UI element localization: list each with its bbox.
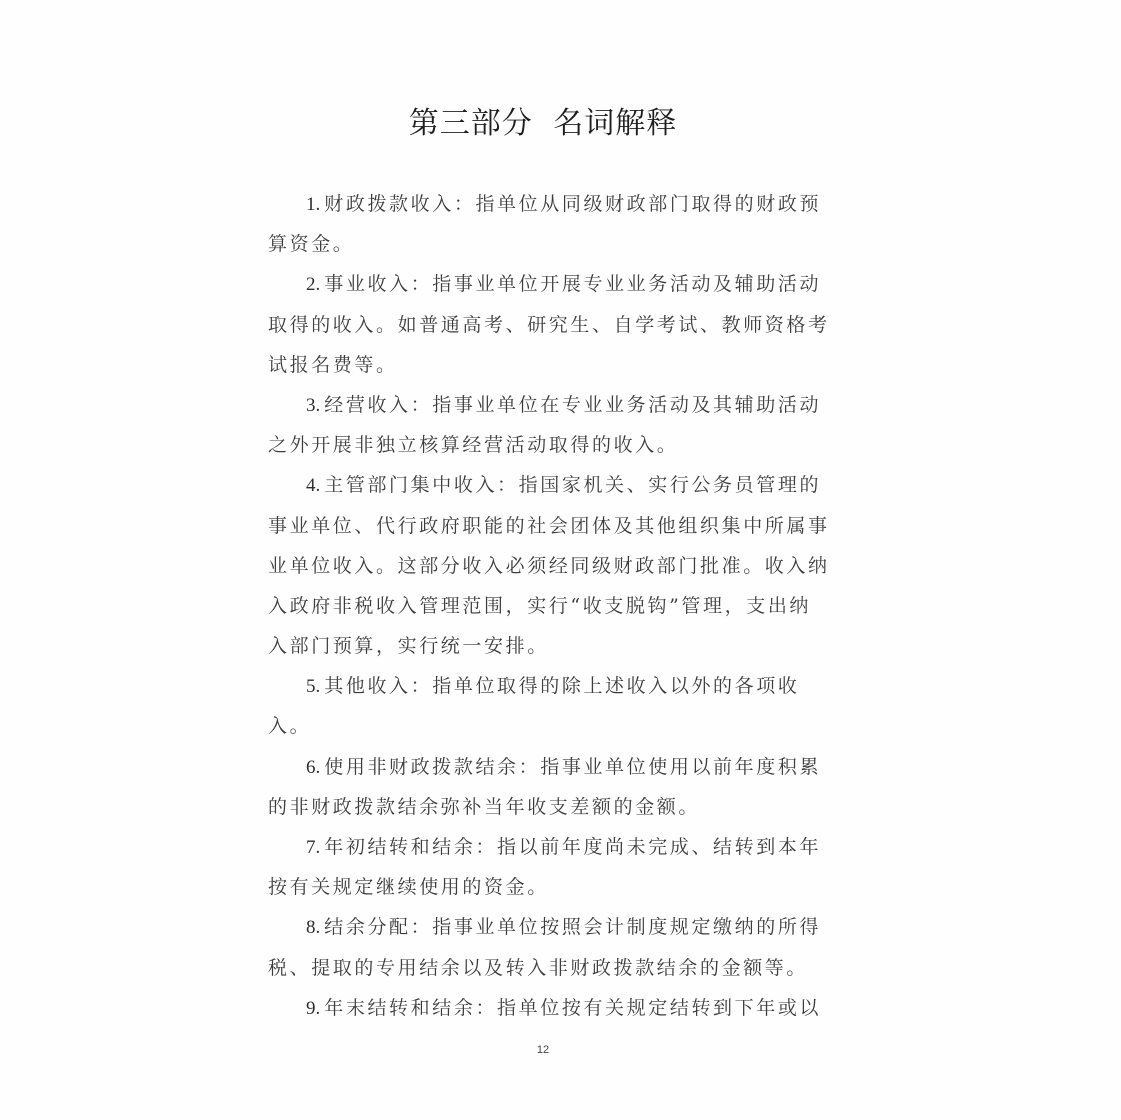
section-title: 第三部分 名词解释 (0, 98, 1086, 142)
text-line: 按有关规定继续使用的资金。 (268, 867, 820, 907)
text-line: 入政府非税收入管理范围，实行“收支脱钩”管理，支出纳 (268, 586, 820, 626)
line-text: 年末结转和结余：指单位按有关规定结转到下年或以 (324, 997, 821, 1019)
item-number: 2. (306, 274, 320, 295)
document-page: 第三部分 名词解释 1.财政拨款收入：指单位从同级财政部门取得的财政预 算资金。… (0, 0, 1121, 1120)
line-text: 按有关规定继续使用的资金。 (268, 876, 549, 898)
text-line: 的非财政拨款结余弥补当年收支差额的金额。 (268, 787, 820, 827)
item-number: 8. (306, 917, 320, 938)
line-text: 其他收入：指单位取得的除上述收入以外的各项收 (324, 675, 799, 697)
item-number: 3. (306, 395, 320, 416)
text-line: 6.使用非财政拨款结余：指事业单位使用以前年度积累 (268, 747, 820, 787)
text-line: 1.财政拨款收入：指单位从同级财政部门取得的财政预 (268, 184, 820, 224)
definitions-body: 1.财政拨款收入：指单位从同级财政部门取得的财政预 算资金。 2.事业收入：指事… (268, 184, 820, 1028)
text-line: 3.经营收入：指事业单位在专业业务活动及其辅助活动 (268, 385, 820, 425)
item-number: 4. (306, 475, 320, 496)
line-text: 事业收入：指事业单位开展专业业务活动及辅助活动 (324, 273, 821, 295)
line-text: 之外开展非独立核算经营活动取得的收入。 (268, 434, 678, 456)
line-text: 入政府非税收入管理范围，实行“收支脱钩”管理，支出纳 (268, 595, 811, 617)
text-line: 取得的收入。如普通高考、研究生、自学考试、教师资格考 (268, 305, 820, 345)
line-text: 的非财政拨款结余弥补当年收支差额的金额。 (268, 796, 700, 818)
line-text: 税、提取的专用结余以及转入非财政拨款结余的金额等。 (268, 957, 808, 979)
text-line: 4.主管部门集中收入：指国家机关、实行公务员管理的 (268, 465, 820, 505)
line-text: 经营收入：指事业单位在专业业务活动及其辅助活动 (324, 394, 821, 416)
item-number: 6. (306, 757, 320, 778)
line-text: 业单位收入。这部分收入必须经同级财政部门批准。收入纳 (268, 555, 830, 577)
text-line: 7.年初结转和结余：指以前年度尚未完成、结转到本年 (268, 827, 820, 867)
line-text: 入。 (268, 715, 311, 737)
line-text: 年初结转和结余：指以前年度尚未完成、结转到本年 (324, 836, 821, 858)
text-line: 算资金。 (268, 224, 820, 264)
line-text: 入部门预算，实行统一安排。 (268, 635, 549, 657)
line-text: 主管部门集中收入：指国家机关、实行公务员管理的 (324, 474, 821, 496)
text-line: 9.年末结转和结余：指单位按有关规定结转到下年或以 (268, 988, 820, 1028)
text-line: 5.其他收入：指单位取得的除上述收入以外的各项收 (268, 666, 820, 706)
item-number: 5. (306, 676, 320, 697)
text-line: 事业单位、代行政府职能的社会团体及其他组织集中所属事 (268, 506, 820, 546)
text-line: 8.结余分配：指事业单位按照会计制度规定缴纳的所得 (268, 907, 820, 947)
line-text: 财政拨款收入：指单位从同级财政部门取得的财政预 (324, 193, 821, 215)
text-line: 业单位收入。这部分收入必须经同级财政部门批准。收入纳 (268, 546, 820, 586)
line-text: 使用非财政拨款结余：指事业单位使用以前年度积累 (324, 756, 821, 778)
text-line: 2.事业收入：指事业单位开展专业业务活动及辅助活动 (268, 264, 820, 304)
line-text: 试报名费等。 (268, 354, 398, 376)
item-number: 7. (306, 837, 320, 858)
line-text: 取得的收入。如普通高考、研究生、自学考试、教师资格考 (268, 314, 830, 336)
text-line: 试报名费等。 (268, 345, 820, 385)
text-line: 入部门预算，实行统一安排。 (268, 626, 820, 666)
text-line: 入。 (268, 706, 820, 746)
page-number: 12 (0, 1044, 1086, 1056)
line-text: 事业单位、代行政府职能的社会团体及其他组织集中所属事 (268, 515, 830, 537)
item-number: 9. (306, 998, 320, 1019)
text-line: 税、提取的专用结余以及转入非财政拨款结余的金额等。 (268, 948, 820, 988)
line-text: 算资金。 (268, 233, 354, 255)
item-number: 1. (306, 194, 320, 215)
text-line: 之外开展非独立核算经营活动取得的收入。 (268, 425, 820, 465)
line-text: 结余分配：指事业单位按照会计制度规定缴纳的所得 (324, 916, 821, 938)
